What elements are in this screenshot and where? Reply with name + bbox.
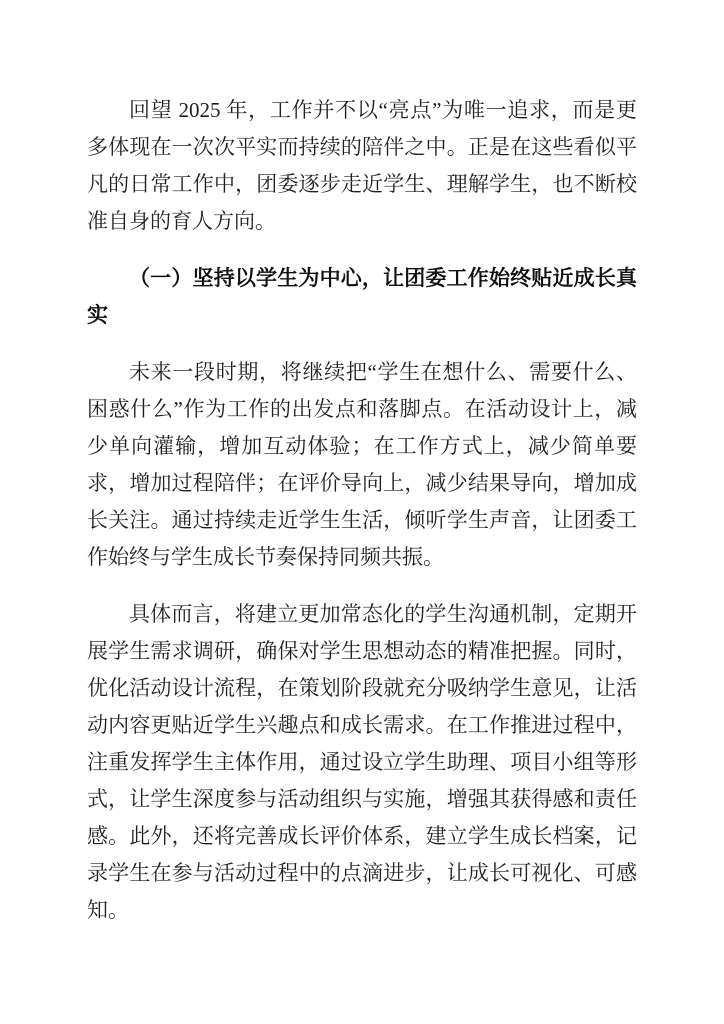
document-page: 回望 2025 年，工作并不以“亮点”为唯一追求，而是更多体现在一次次平实而持续… — [0, 0, 724, 1024]
document-body: 回望 2025 年，工作并不以“亮点”为唯一追求，而是更多体现在一次次平实而持续… — [87, 92, 637, 929]
section-heading-student-centered: （一）坚持以学生为中心，让团委工作始终贴近成长真实 — [87, 260, 637, 334]
paragraph-concrete-measures: 具体而言，将建立更加常态化的学生沟通机制，定期开展学生需求调研，确保对学生思想动… — [87, 596, 637, 929]
paragraph-review-2025: 回望 2025 年，工作并不以“亮点”为唯一追求，而是更多体现在一次次平实而持续… — [87, 92, 637, 240]
paragraph-future-plan: 未来一段时期，将继续把“学生在想什么、需要什么、困惑什么”作为工作的出发点和落脚… — [87, 354, 637, 576]
